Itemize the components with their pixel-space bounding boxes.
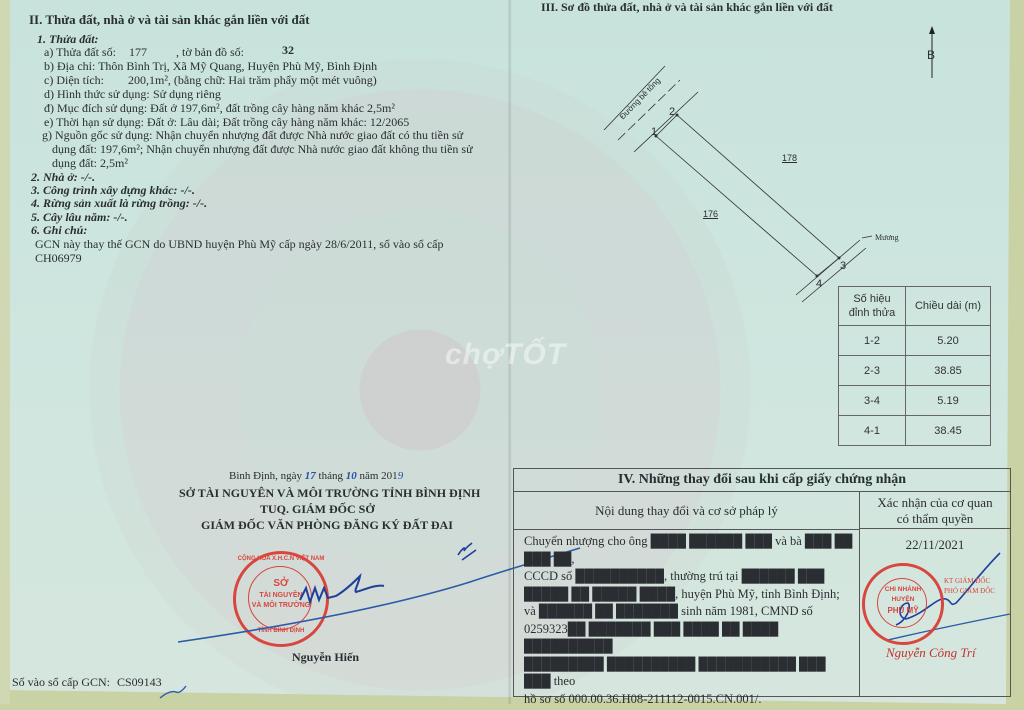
branch-stamp-line2: HUYỆN: [865, 596, 941, 603]
edge-length: 5.20: [906, 326, 991, 356]
header-vertex: Số hiệu đỉnh thửa: [839, 287, 906, 326]
change-line: █████████ ██████████ ███████████ ███ ███…: [524, 656, 854, 691]
table-row: 3-4 5.19: [839, 386, 991, 416]
edge-id: 2-3: [839, 356, 906, 386]
north-label: B: [927, 48, 935, 62]
vertex-2: 2: [669, 106, 675, 118]
edge-length: 5.19: [906, 386, 991, 416]
vertex-3: 3: [840, 260, 846, 272]
branch-stamp-line3: PHÙ MỸ: [865, 606, 941, 615]
neighbor-parcel-176: 176: [703, 209, 718, 219]
change-line: █████ ██ █████ ████, huyện Phù Mỹ, tỉnh …: [524, 586, 854, 604]
branch-signer-name: Nguyễn Công Trí: [886, 645, 976, 661]
header-confirmation: Xác nhận của cơ quan có thẩm quyền: [860, 492, 1010, 529]
vertex-4: 4: [816, 278, 822, 290]
edge-length: 38.85: [906, 356, 991, 386]
change-line: 0259323██ ███████ ███ ████ ██ ████ █████…: [524, 621, 854, 656]
change-line: CCCD số ██████████, thường trú tại █████…: [524, 568, 854, 586]
change-content: Chuyển nhượng cho ông ████ ██████ ███ và…: [524, 533, 854, 708]
edge-length: 38.45: [906, 416, 991, 446]
header-change-content: Nội dung thay đổi và cơ sở pháp lý: [514, 492, 860, 530]
table-row: 1-2 5.20: [839, 326, 991, 356]
header-confirmation-line2: có thẩm quyền: [860, 511, 1010, 527]
column-divider: [859, 529, 860, 696]
change-line: Chuyển nhượng cho ông ████ ██████ ███ và…: [524, 533, 854, 568]
header-confirmation-line1: Xác nhận của cơ quan: [860, 495, 1010, 511]
branch-stamp-line1: CHI NHÁNH: [865, 586, 941, 593]
edge-id: 3-4: [839, 386, 906, 416]
canal-label: Mương: [875, 233, 899, 242]
edge-id: 1-2: [839, 326, 906, 356]
change-line: hồ sơ số 000.00.36.H08-211112-0015.CN.00…: [524, 691, 854, 709]
edge-length-table: Số hiệu đỉnh thửa Chiều dài (m) 1-2 5.20…: [838, 286, 991, 446]
confirmation-date: 22/11/2021: [860, 537, 1010, 553]
table-row: 2-3 38.85: [839, 356, 991, 386]
neighbor-parcel-178: 178: [782, 153, 797, 163]
section4-title: IV. Những thay đổi sau khi cấp giấy chứn…: [514, 469, 1010, 492]
vertex-1: 1: [651, 126, 657, 138]
official-stamp-branch: CHI NHÁNH HUYỆN PHÙ MỸ: [862, 563, 944, 645]
change-line: và ██████ ██ ███████ sinh năm 1981, CMND…: [524, 603, 854, 621]
title-stamp-line2: PHÓ GIÁM ĐỐC: [944, 587, 995, 595]
edge-id: 4-1: [839, 416, 906, 446]
title-stamp-line1: KT GIÁM ĐỐC: [944, 577, 990, 585]
header-length: Chiều dài (m): [906, 287, 991, 326]
table-row: 4-1 38.45: [839, 416, 991, 446]
